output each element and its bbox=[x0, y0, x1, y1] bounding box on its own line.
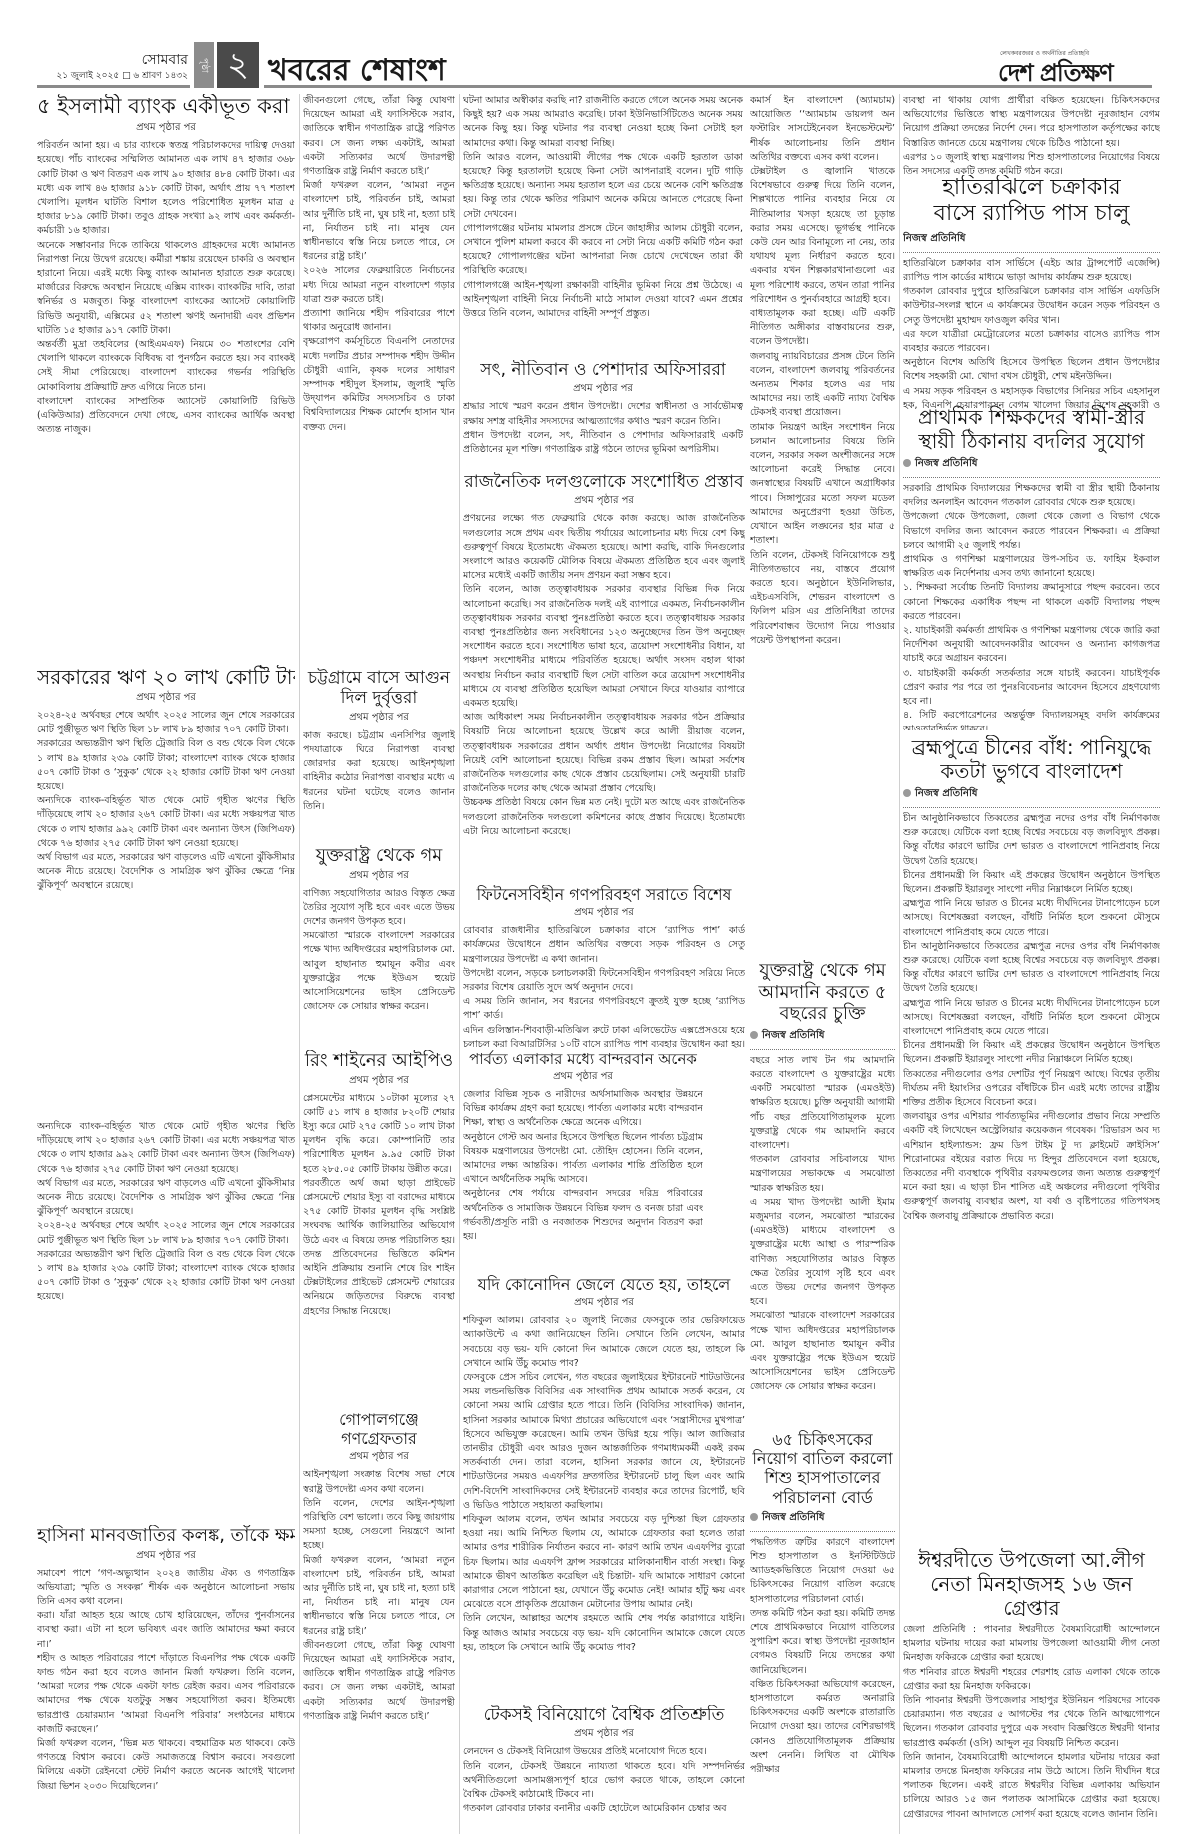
newspaper-logo: দেশ প্রতিক্ষণ bbox=[998, 55, 1113, 95]
paragraph: গোপালগঞ্জের ঘটনায় মামলার প্রসঙ্গে টেনে … bbox=[463, 222, 743, 279]
continued-note: প্রথম পৃষ্ঠার পর bbox=[463, 381, 743, 398]
paragraph: তিনি বলেন, টেকসই উন্নয়নে ন্যায্যতা থাকত… bbox=[463, 1760, 745, 1803]
article-brahmaputra-dam: ব্রহ্মপুত্রে চীনের বাঁধ: পানিযুদ্ধে কতটা… bbox=[903, 735, 1160, 1540]
article-political-parties: রাজনৈতিক দলগুলোকে সংশোধিত প্রস্তাব প্রথম… bbox=[463, 472, 745, 902]
byline: নিজস্ব প্রতিনিধি bbox=[903, 453, 1160, 478]
article-govt-debt-continued: অন্যদিকে ব্যাংক-বহির্ভূত খাত থেকে মোট গৃ… bbox=[37, 1120, 295, 1520]
column-divider bbox=[459, 94, 460, 1834]
headline: রাজনৈতিক দলগুলোকে সংশোধিত প্রস্তাব bbox=[463, 472, 745, 492]
paragraph: আইনশৃঙ্খলা সংক্রান্ত বিশেষ সভা শেষে স্বর… bbox=[303, 1468, 455, 1496]
paragraph: শ্রদ্ধার সাথে স্মরণ করেন প্রধান উপদেষ্টা… bbox=[463, 400, 743, 428]
paragraph: সমঝোতা স্মারকে বাংলাদেশ সরকারের পক্ষে খা… bbox=[750, 1309, 895, 1394]
continued-note: প্রথম পৃষ্ঠার পর bbox=[463, 1295, 745, 1312]
paragraph: অনুষ্ঠানের শেষ পর্যায়ে বান্দরবান সদরের … bbox=[463, 1187, 703, 1244]
paragraph: ব্রহ্মপুত্র পানি নিয়ে ভারত ও চীনের মধ্য… bbox=[903, 897, 1160, 940]
paragraph: প্রধান উপদেষ্টা বলেন, সৎ, নীতিবান ও পেশা… bbox=[463, 429, 743, 457]
headline: টেকসই বিনিয়োগে বৈশ্বিক প্রতিশ্রুতি bbox=[463, 1705, 745, 1725]
article-teachers-transfer: প্রাথমিক শিক্ষকদের স্বামী-স্ত্রীর স্থায়… bbox=[903, 405, 1160, 730]
paragraph: সরকারি প্রাথমিক বিদ্যালয়ের শিক্ষকদের স্… bbox=[903, 482, 1160, 510]
headline: চট্টগ্রামে বাসে আগুন দিল দুর্বৃত্তরা bbox=[303, 668, 455, 709]
paragraph: জীবনগুলো গেছে, তাঁরা কিন্তু ঘোষণা দিয়েছ… bbox=[303, 94, 455, 179]
article-us-wheat-import: যুক্তরাষ্ট্র থেকে গম আমদানি করতে ৫ বছরের… bbox=[750, 960, 895, 1425]
byline: নিজস্ব প্রতিনিধি bbox=[750, 1025, 895, 1050]
paragraph: মির্জা ফখরুল বলেন, ‘ভিন্ন মত থাকবে। বহুম… bbox=[37, 1737, 295, 1794]
paragraph: জেলা প্রতিনিধি : পাবনার ঈশ্বরদীতে বৈষম্য… bbox=[903, 1623, 1160, 1666]
section-title: খবরের শেষাংশ bbox=[268, 46, 446, 97]
paragraph: লেনদেন ও টেকসই বিনিয়োগ উভয়ের প্রতিই মন… bbox=[463, 1745, 745, 1759]
article-rapid-pass: হাতিরঝিলে চক্রাকার বাসে র‍্যাপিড পাস চাল… bbox=[903, 175, 1160, 410]
article-ring-shine: রিং শাইনের আইপিও প্রথম পৃষ্ঠার পর প্লেসম… bbox=[303, 1050, 455, 1415]
headline: ৫ ইসলামী ব্যাংক একীভূত করা নিয়ে শঙ্কা bbox=[37, 94, 295, 119]
paragraph: করা। যাঁরা আহত হয়ে আছে চোখ হারিয়েছেন, … bbox=[37, 1609, 295, 1652]
paragraph: জলবায়ু ন্যায়বিচারের প্রসঙ্গ টেনে তিনি … bbox=[750, 350, 895, 421]
paragraph: অর্থ বিভাগ এর মতে, সরকারের ঋণ বাড়লেও এট… bbox=[37, 1177, 295, 1220]
paragraph: বাধ্যতামূলক করা হচ্ছে। এটি একটি নীতিগত অ… bbox=[750, 307, 895, 350]
paragraph: বাংলাদেশ ব্যাংকের সাম্প্রতিক অ্যাসেট কোয… bbox=[37, 395, 295, 438]
paragraph: এ সময় খাদ্য উপদেষ্টা আলী ইমাম মজুমদার ব… bbox=[750, 1196, 895, 1310]
paragraph: কমার্স ইন বাংলাদেশ (অ্যামচাম) আয়োজিত ‘‘… bbox=[750, 94, 895, 165]
paragraph: সমঝোতা স্মারকে বাংলাদেশ সরকারের পক্ষে খা… bbox=[303, 929, 455, 1014]
article-doctors-65: ৬৫ চিকিৎসকের নিয়োগ বাতিল করলো শিশু হাসপ… bbox=[750, 1430, 895, 1835]
paragraph: আজ অধিকাংশ সময় নির্বাচনকালীন তত্ত্বাবধা… bbox=[463, 711, 745, 796]
paragraph: এর ফলে যাত্রীরা মেট্রোরেলের মতো চক্রাকার… bbox=[903, 328, 1160, 356]
bullet-icon bbox=[750, 1031, 758, 1039]
paragraph: উপজেলা থেকে উপজেলা, জেলা থেকে জেলা ও বিভ… bbox=[903, 510, 1160, 553]
paragraph: কাজ করছে। চট্টগ্রাম এনসিপির জুলাই পদযাত্… bbox=[303, 729, 455, 814]
paragraph: তদন্ত কমিটি গঠন করা হয়। কমিটি তদন্ত শেষ… bbox=[750, 1607, 895, 1678]
paragraph: প্রাথমিক ও গণশিক্ষা মন্ত্রণালয়ের উপ-সচি… bbox=[903, 553, 1160, 581]
paragraph: অন্তর্বর্তী মুদ্রা তহবিলের (আইএমএফ) নিয়… bbox=[37, 338, 295, 395]
paragraph: বৃক্ষরোপণ কর্মসূচিতে বিএনপি নেতাদের মধ্য… bbox=[303, 335, 455, 434]
paragraph: অনেকে সম্ভাবনার দিকে তাকিয়ে থাকলেও গ্রা… bbox=[37, 239, 295, 338]
paragraph: প্রত্যাশা জানিয়ে শহীদ পরিবারের পাশে থাক… bbox=[303, 307, 455, 335]
paragraph: উপদেষ্টা বলেন, সড়কে চলাচলকারী ফিটনেসবিহ… bbox=[463, 967, 745, 995]
continued-note: প্রথম পৃষ্ঠার পর bbox=[37, 690, 295, 707]
paragraph: টেক্সটাইল ও জ্বালানি খাতকে বিশেষভাবে গুর… bbox=[750, 165, 895, 307]
article-ethics-officers: সৎ, নীতিবান ও পেশাদার অফিসাররা প্রথম পৃষ… bbox=[463, 360, 743, 470]
article-gopalganj-arrest: গোপালগঞ্জে গণগ্রেফতার প্রথম পৃষ্ঠার পর আ… bbox=[303, 1410, 455, 1830]
paragraph: প্রণয়নের লক্ষ্যে গত ফেব্রুয়ারি থেকে কা… bbox=[463, 512, 745, 583]
byline: নিজস্ব প্রতিনিধি bbox=[750, 1507, 895, 1532]
paragraph: শহীদ ও আহত পরিবারের পাশে দাঁড়াতে বিএনপি… bbox=[37, 1652, 295, 1737]
paragraph: তিব্বতের নদীগুলোর ওপর দেশটির পূর্ণ নিয়ন… bbox=[903, 1068, 1160, 1111]
paragraph: জীবনগুলো গেছে, তাঁরা কিন্তু ঘোষণা দিয়েছ… bbox=[303, 1639, 455, 1724]
headline: হাসিনা মানবজাতির কলঙ্ক, তাঁকে ক্ষমা bbox=[37, 1525, 295, 1547]
paragraph: চীনের প্রধানমন্ত্রী লি কিয়াং এই প্রকল্প… bbox=[903, 869, 1160, 897]
paragraph: তিনি বলেন, আজ তত্ত্বাবধায়ক সরকার ব্যবস্… bbox=[463, 583, 745, 711]
column-divider bbox=[899, 94, 900, 1834]
headline: গোপালগঞ্জে গণগ্রেফতার bbox=[303, 1410, 455, 1448]
paragraph: এ সময় তিনি জানান, সব ধরনের গণপরিবহণে ক্… bbox=[463, 995, 745, 1023]
paragraph: বঞ্চিত চিকিৎসকরা অভিযোগ করেছেন, হাসপাতাল… bbox=[750, 1678, 895, 1777]
headline: ব্রহ্মপুত্রে চীনের বাঁধ: পানিযুদ্ধে কতটা… bbox=[903, 735, 1160, 783]
paragraph: অনুষ্ঠানে গেস্ট অব অনার হিসেবে উপস্থিত ছ… bbox=[463, 1131, 703, 1188]
paragraph: প্লেসমেন্টের মাধ্যমে ১০টাকা মূল্যের ২৭ ক… bbox=[303, 1092, 455, 1177]
headline: পার্বত্য এলাকার মধ্যে বান্দরবান অনেক bbox=[463, 1050, 703, 1068]
paragraph: ফেসবুকে প্রেস সচিব লেখেন, গত বছরের জুলাই… bbox=[463, 1371, 745, 1513]
article-hartal-continued: ঘটনা আমার অস্বীকার করছি না? রাজনীতি করতে… bbox=[463, 94, 743, 359]
paragraph: ১. শিক্ষকরা সর্বোচ্চ তিনটি বিদ্যালয় ক্র… bbox=[903, 581, 1160, 624]
headline: ফিটনেসবিহীন গণপরিবহণ সরাতে বিশেষ bbox=[463, 885, 745, 904]
article-amcham-continued: কমার্স ইন বাংলাদেশ (অ্যামচাম) আয়োজিত ‘‘… bbox=[750, 94, 895, 974]
masthead: সোমবার ২১ জুলাই ২০২৫ □ ৬ শ্রাবণ ১৪৩২ পৃষ… bbox=[0, 0, 1200, 90]
paragraph: মির্জা ফখরুল বলেন, ‘আমরা নতুন বাংলাদেশ চ… bbox=[303, 179, 455, 264]
continued-note: প্রথম পৃষ্ঠার পর bbox=[463, 1726, 745, 1743]
paragraph: তিনি বলেন, দেশের আইন-শৃঙ্খলা পরিস্থিতি ব… bbox=[303, 1497, 455, 1554]
paragraph: অন্যদিকে ব্যাংক-বহির্ভূত খাত থেকে মোট গৃ… bbox=[37, 794, 295, 851]
continued-note: প্রথম পৃষ্ঠার পর bbox=[37, 120, 295, 137]
headline: প্রাথমিক শিক্ষকদের স্বামী-স্ত্রীর স্থায়… bbox=[903, 405, 1160, 453]
article-doctors-continued: ব্যবস্থা না থাকায় যোগ্য প্রার্থীরা বঞ্চ… bbox=[903, 94, 1160, 174]
paragraph: তামাক নিয়ন্ত্রণ আইন সংশোধন নিয়ে চলমান … bbox=[750, 421, 895, 549]
article-bandarban: পার্বত্য এলাকার মধ্যে বান্দরবান অনেক প্র… bbox=[463, 1050, 703, 1250]
paragraph: পদ্ধতিগত ত্রুটির কারণে বাংলাদেশ শিশু হাস… bbox=[750, 1536, 895, 1607]
paragraph: জেলার বিভিন্ন সূচক ও নারীদের অর্থসামাজিক… bbox=[463, 1088, 703, 1131]
paragraph: ২০২৬ সালের ফেব্রুয়ারিতে নির্বাচনের মধ্য… bbox=[303, 264, 455, 307]
paragraph: শফিকুল আলম বলেন, তখন আমার সবচেয়ে বড় দু… bbox=[463, 1513, 745, 1612]
continued-note: প্রথম পৃষ্ঠার পর bbox=[463, 1069, 703, 1086]
article-bnp-continued: জীবনগুলো গেছে, তাঁরা কিন্তু ঘোষণা দিয়েছ… bbox=[303, 94, 455, 664]
paragraph: চীন আনুষ্ঠানিকভাবে তিব্বতের ব্রহ্মপুত্র … bbox=[903, 940, 1160, 997]
paragraph: রোববার রাজধানীর হাতিরঝিলে চক্রাকার বাসে … bbox=[463, 924, 745, 967]
issue-date: ২১ জুলাই ২০২৫ □ ৬ শ্রাবণ ১৪৩২ bbox=[56, 68, 188, 83]
continued-note: প্রথম পৃষ্ঠার পর bbox=[37, 1548, 295, 1565]
bullet-icon bbox=[903, 789, 911, 797]
page-label: পৃষ্ঠা bbox=[194, 42, 214, 88]
paragraph: ব্রহ্মপুত্র পানি নিয়ে ভারত ও চীনের মধ্য… bbox=[903, 997, 1160, 1040]
paragraph: গতকাল রোববার সচিবালয়ে খাদ্য মন্ত্রণালয়… bbox=[750, 1153, 895, 1196]
paragraph: হাতিরঝিলে চক্রাকার বাস সার্ভিসে (এইচ আর … bbox=[903, 257, 1160, 285]
paragraph: সমাবেশ পাশে ‘গণ-অভ্যুত্থান ২০২৪ জাতীয় ঐ… bbox=[37, 1567, 295, 1610]
continued-note: প্রথম পৃষ্ঠার পর bbox=[303, 710, 455, 727]
paragraph: বাণিজ্য সহযোগিতার আরও বিস্তৃত ক্ষেত্র তৈ… bbox=[303, 887, 455, 930]
headline: যুক্তরাষ্ট্র থেকে গম আমদানি করতে ৫ বছরের… bbox=[750, 960, 895, 1025]
paragraph: গত শনিবার রাতে ঈশ্বরদী শহরের শেরশাহ রোড … bbox=[903, 1666, 1160, 1694]
paragraph: গোপালগঞ্জে আইন-শৃঙ্খলা রক্ষাকারী বাহিনীর… bbox=[463, 279, 743, 322]
article-us-wheat-short: যুক্তরাষ্ট্র থেকে গম প্রথম পৃষ্ঠার পর বা… bbox=[303, 845, 455, 1045]
headline: ৬৫ চিকিৎসকের নিয়োগ বাতিল করলো শিশু হাসপ… bbox=[750, 1430, 895, 1507]
headline: সরকারের ঋণ ২০ লাখ কোটি টাকা, ৯ bbox=[37, 665, 295, 689]
paragraph: জলবায়ুর ওপর এশিয়ার পার্বত্যভূমির নদীগু… bbox=[903, 1110, 1160, 1224]
bullet-icon bbox=[903, 459, 911, 467]
article-jail-commode: যদি কোনোদিন জেলে যেতে হয়, তাহলে প্রথম প… bbox=[463, 1275, 745, 1670]
paragraph: চীন আনুষ্ঠানিকভাবে তিব্বতের ব্রহ্মপুত্র … bbox=[903, 812, 1160, 869]
column-divider bbox=[299, 94, 300, 1834]
paragraph: মির্জা ফখরুল বলেন, ‘আমরা নতুন বাংলাদেশ চ… bbox=[303, 1554, 455, 1639]
paragraph: গতকাল রোববার দুপুরে হাতিরঝিলে চক্রাকার ব… bbox=[903, 285, 1160, 328]
paragraph: চীনের প্রধানমন্ত্রী লি কিয়াং এই প্রকল্প… bbox=[903, 1039, 1160, 1067]
article-chattogram-bus: চট্টগ্রামে বাসে আগুন দিল দুর্বৃত্তরা প্র… bbox=[303, 668, 455, 838]
byline: নিজস্ব প্রতিনিধি bbox=[903, 228, 1160, 253]
paragraph: অনুষ্ঠানে বিশেষ অতিথি হিসেবে উপস্থিত ছিল… bbox=[903, 356, 1160, 384]
page-number: ২ bbox=[217, 42, 259, 88]
headline: যদি কোনোদিন জেলে যেতে হয়, তাহলে bbox=[463, 1275, 745, 1294]
headline: ঈশ্বরদীতে উপজেলা আ.লীগ নেতা মিনহাজসহ ১৬ … bbox=[903, 1548, 1160, 1620]
paragraph: ৪. সিটি করপোরেশনের অন্তর্ভুক্ত বিদ্যালয়… bbox=[903, 709, 1160, 730]
paragraph: ৩. যাচাইকারী কর্মকর্তা সতর্কতার সঙ্গে যা… bbox=[903, 667, 1160, 710]
article-ishwardi-arrest: ঈশ্বরদীতে উপজেলা আ.লীগ নেতা মিনহাজসহ ১৬ … bbox=[903, 1548, 1160, 1838]
paragraph: তিনি পাবনার ঈশ্বরদী উপজেলার সাহাপুর ইউনি… bbox=[903, 1694, 1160, 1751]
paragraph: ঘটনা আমার অস্বীকার করছি না? রাজনীতি করতে… bbox=[463, 94, 743, 151]
paragraph: অন্যদিকে ব্যাংক-বহির্ভূত খাত থেকে মোট গৃ… bbox=[37, 1120, 295, 1177]
paragraph: তিনি জানান, বৈষম্যবিরোধী আন্দোলনে হামলার… bbox=[903, 1751, 1160, 1822]
paragraph: ২. যাচাইকারী কর্মকর্তা প্রাথমিক ও গণশিক্… bbox=[903, 624, 1160, 667]
paragraph: তিনি আরও বলেন, আওয়ামী লীগের পক্ষ থেকে এ… bbox=[463, 151, 743, 222]
paragraph: সরকারের অভ্যন্তরীণ ঋণ স্থিতি ট্রেজারি বি… bbox=[37, 1248, 295, 1305]
paragraph: তিনি বলেন, টেকসই বিনিয়োগকে শুধু নীতিগতভ… bbox=[750, 549, 895, 648]
article-fitness-transport: ফিটনেসবিহীন গণপরিবহণ সরাতে বিশেষ প্রথম প… bbox=[463, 885, 745, 1050]
continued-note: প্রথম পৃষ্ঠার পর bbox=[303, 1073, 455, 1090]
paragraph: ২০২৪-২৫ অর্থবছর শেষে অর্থাৎ ২০২৫ সালের জ… bbox=[37, 1219, 295, 1247]
paragraph: সরকারের অভ্যন্তরীণ ঋণ স্থিতি ট্রেজারি বি… bbox=[37, 737, 295, 794]
paragraph: তিনি লেখেন, আল্লাহর অশেষ রহমতে আমি শেষ প… bbox=[463, 1612, 745, 1655]
continued-note: প্রথম পৃষ্ঠার পর bbox=[463, 905, 745, 922]
article-islami-bank: ৫ ইসলামী ব্যাংক একীভূত করা নিয়ে শঙ্কা প… bbox=[37, 94, 295, 654]
bullet-icon bbox=[750, 1513, 758, 1521]
continued-note: প্রথম পৃষ্ঠার পর bbox=[303, 868, 455, 885]
paragraph: গতকাল রোববার ঢাকার বনানীর একটি হোটেলে আম… bbox=[463, 1802, 745, 1816]
paragraph: ২০২৪-২৫ অর্থবছর শেষে অর্থাৎ ২০২৫ সালের জ… bbox=[37, 709, 295, 737]
headline: সৎ, নীতিবান ও পেশাদার অফিসাররা bbox=[463, 360, 743, 380]
masthead-rule bbox=[37, 85, 190, 88]
continued-note: প্রথম পৃষ্ঠার পর bbox=[463, 493, 745, 510]
paragraph: শফিকুল আলম। রোববার ২০ জুলাই নিজের ফেসবুক… bbox=[463, 1314, 745, 1371]
headline: রিং শাইনের আইপিও bbox=[303, 1050, 455, 1072]
continued-note: প্রথম পৃষ্ঠার পর bbox=[303, 1449, 455, 1466]
paragraph: অর্থ বিভাগ এর মতে, সরকারের ঋণ বাড়লেও এট… bbox=[37, 851, 295, 894]
paragraph: ব্যবস্থা না থাকায় যোগ্য প্রার্থীরা বঞ্চ… bbox=[903, 94, 1160, 151]
paragraph: এরপর ১০ জুলাই স্বাস্থ্য মন্ত্রণালয় শিশু… bbox=[903, 151, 1160, 174]
headline: হাতিরঝিলে চক্রাকার বাসে র‍্যাপিড পাস চাল… bbox=[903, 175, 1160, 228]
paragraph: পরিবর্তন আনা হয়। এ চার ব্যাংকে স্বতন্ত্… bbox=[37, 139, 295, 238]
paragraph: উচ্চকক্ষ প্রতিষ্ঠা বিষয়ে কোন ভিন্ন মত ন… bbox=[463, 796, 745, 839]
article-govt-debt: সরকারের ঋণ ২০ লাখ কোটি টাকা, ৯ প্রথম পৃষ… bbox=[37, 665, 295, 1115]
paragraph: বছরে সাত লাখ টন গম আমদানি করতে বাংলাদেশ … bbox=[750, 1054, 895, 1153]
paragraph: পরবর্তীতে অর্থ জমা ছাড়া প্রাইভেট প্লেসম… bbox=[303, 1177, 455, 1319]
article-hasina: হাসিনা মানবজাতির কলঙ্ক, তাঁকে ক্ষমা প্রথ… bbox=[37, 1525, 295, 1825]
headline: যুক্তরাষ্ট্র থেকে গম bbox=[303, 845, 455, 867]
byline: নিজস্ব প্রতিনিধি bbox=[903, 783, 1160, 808]
article-sustainable-investment: টেকসই বিনিয়োগে বৈশ্বিক প্রতিশ্রুতি প্রথ… bbox=[463, 1705, 745, 1835]
paragraph: এদিন গুলিস্তান-শিববাড়ী-মতিঝিল রুটে ঢাকা… bbox=[463, 1024, 745, 1050]
